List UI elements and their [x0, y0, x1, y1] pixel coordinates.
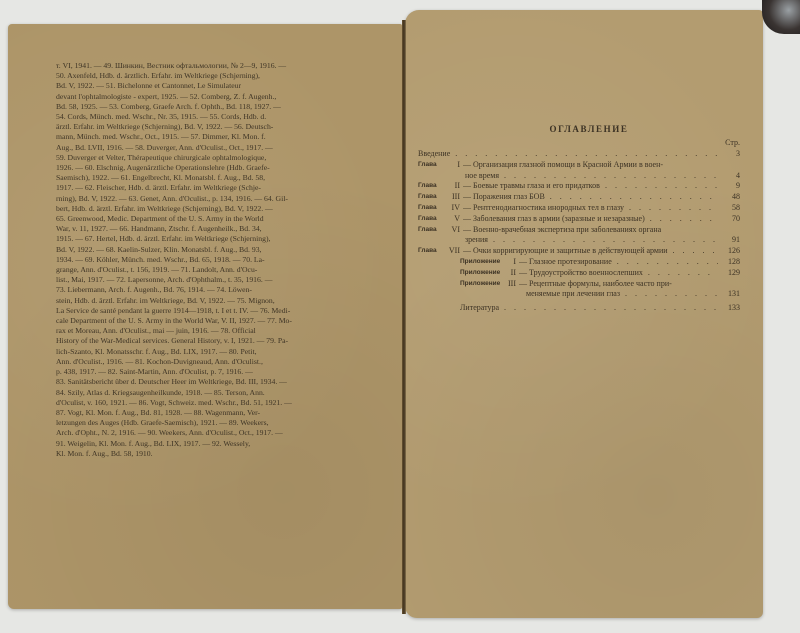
toc-entry-text: ное время . . . . . . . . . . . . . . . … — [465, 171, 718, 181]
toc-entry-number: V — [446, 214, 460, 224]
leader-dots: . . . . . . . . . . . . . . . . . . . . … — [645, 214, 718, 223]
toc-entry-label: Глава — [418, 214, 446, 224]
toc-entry-title: — Заболевания глаз в армии (заразные и н… — [463, 214, 645, 223]
toc-entry-text: — Военно-врачебная экспертиза при заболе… — [463, 225, 718, 235]
toc-entry: меняемые при лечении глаз . . . . . . . … — [418, 289, 740, 299]
bibliography-line: 65. Greenwood, Medic. Department of the … — [56, 214, 340, 224]
leader-dots: . . . . . . . . . . . . . . . . . . . . … — [499, 303, 718, 312]
toc-entry-text: — Глазное протезирование . . . . . . . .… — [519, 257, 718, 267]
toc-entry-label: Приложение — [460, 279, 506, 289]
bibliography-line: 50. Axenfeld, Hdb. d. ärztlich. Erfahr. … — [56, 71, 340, 81]
bibliography-line: rning), Bd. V, 1922. — 63. Genet, Ann. d… — [56, 194, 340, 204]
toc-entry-text: — Трудоустройство военнослепших . . . . … — [519, 268, 718, 278]
toc-entry-page: 126 — [718, 246, 740, 256]
bibliography-line: Ann. d'Oculist., 1916. — 81. Kochon-Duvi… — [56, 357, 340, 367]
toc-entry-page: 133 — [718, 303, 740, 313]
toc-entry-text: — Боевые травмы глаза и его придатков . … — [463, 181, 718, 191]
toc-entry-text: — Рентгенодиагностика инородных тел в гл… — [463, 203, 718, 213]
bibliography-line: 87. Vogt, Kl. Mon. f. Aug., Bd. 81, 1928… — [56, 408, 340, 418]
bibliography-line: 83. Sanitätsbericht über d. Deutscher He… — [56, 377, 340, 387]
toc-entry: ГлаваII— Боевые травмы глаза и его прида… — [418, 181, 740, 191]
toc-entry-number: II — [506, 268, 516, 278]
toc-entry-title: — Военно-врачебная экспертиза при заболе… — [463, 225, 661, 234]
toc-entry: Литература . . . . . . . . . . . . . . .… — [418, 303, 740, 313]
toc-entry-title: зрения — [465, 235, 488, 244]
toc-entry-title: — Рецептные формулы, наиболее часто при- — [519, 279, 672, 288]
bibliography-line: La Service de santé pendant la guerre 19… — [56, 306, 340, 316]
leader-dots: . . . . . . . . . . . . . . . . . . . . … — [624, 203, 718, 212]
toc-entry-page: 58 — [718, 203, 740, 213]
leader-dots: . . . . . . . . . . . . . . . . . . . . … — [545, 192, 718, 201]
toc-entry: ГлаваI— Организация глазной помощи в Кра… — [418, 160, 740, 170]
toc-entry-page: 131 — [718, 289, 740, 299]
toc-entry: ПриложениеII— Трудоустройство военнослеп… — [418, 268, 740, 278]
bibliography-line: rax et Moreau, Ann. d'Oculist., mai — ju… — [56, 326, 340, 336]
toc-entry-page: 48 — [718, 192, 740, 202]
toc-entry-text: — Заболевания глаз в армии (заразные и н… — [463, 214, 718, 224]
bibliography-line: 1934. — 69. Köhler, Münch. med. Wschr., … — [56, 255, 340, 265]
bibliography-line: ärztl. Erfahr. im Weltkriege (Schjerning… — [56, 122, 340, 132]
toc-entry-page: 128 — [718, 257, 740, 267]
toc-entry-text: — Рецептные формулы, наиболее часто при- — [519, 279, 718, 289]
bibliography-line: Arch. d'Opht., N. 2, 1916. — 90. Weekers… — [56, 428, 340, 438]
bibliography-line: 54. Cords, Münch. med. Wschr., Nr. 35, 1… — [56, 112, 340, 122]
toc-entry: ПриложениеIII— Рецептные формулы, наибол… — [418, 279, 740, 289]
bibliography-line: Bd. 58, 1925. — 53. Comberg, Graefe Arch… — [56, 102, 340, 112]
toc-entry-title: — Боевые травмы глаза и его придатков — [463, 181, 600, 190]
toc-entry-title: ное время — [465, 171, 499, 180]
toc-entry-title: — Поражения глаз БОВ — [463, 192, 545, 201]
leader-dots: . . . . . . . . . . . . . . . . . . . . … — [620, 289, 718, 298]
toc-entry-page: 9 — [718, 181, 740, 191]
bibliography-line: list., Mai, 1917. — 72. Lapersonne, Arch… — [56, 275, 340, 285]
bibliography-line: d'Oculist, v. 160, 1921. — 86. Vogt, Sch… — [56, 398, 340, 408]
leader-dots: . . . . . . . . . . . . . . . . . . . . … — [600, 181, 718, 190]
toc-entry-number: III — [446, 192, 460, 202]
bibliography-line: Kl. Mon. f. Aug., Bd. 58, 1910. — [56, 449, 340, 459]
toc-entry-text: Литература . . . . . . . . . . . . . . .… — [460, 303, 718, 313]
toc-entry-number: II — [446, 181, 460, 191]
toc-entry-label: Глава — [418, 192, 446, 202]
toc-entry-number: VII — [446, 246, 460, 256]
bibliography-line: 59. Duverger et Velter, Thérapeutique ch… — [56, 153, 340, 163]
bibliography-line: 84. Szily, Atlas d. Kriegsaugenheilkunde… — [56, 388, 340, 398]
toc-entry-page: 91 — [718, 235, 740, 245]
toc-entry-page: 4 — [718, 171, 740, 181]
bibliography-line: 1917. — 62. Fleischer, Hdb. d. ärztl. Er… — [56, 183, 340, 193]
toc-title: ОГЛАВЛЕНИЕ — [438, 124, 740, 134]
leader-dots: . . . . . . . . . . . . . . . . . . . . … — [488, 235, 718, 244]
bibliography-line: p. 438, 1917. — 82. Saint-Martin, Ann. d… — [56, 367, 340, 377]
toc-entry-text: Введение . . . . . . . . . . . . . . . .… — [418, 149, 718, 159]
toc-entry: ГлаваVI— Военно-врачебная экспертиза при… — [418, 225, 740, 235]
book-spine — [402, 20, 406, 614]
toc-entry-title: — Глазное протезирование — [519, 257, 612, 266]
table-of-contents: ОГЛАВЛЕНИЕ Стр. Введение . . . . . . . .… — [418, 124, 740, 313]
toc-entry-number: VI — [446, 225, 460, 235]
toc-entry-page: 70 — [718, 214, 740, 224]
bibliography-line: 91. Weigelin, Kl. Mon. f. Aug., Bd. LIX,… — [56, 439, 340, 449]
toc-entry-title: — Рентгенодиагностика инородных тел в гл… — [463, 203, 624, 212]
bibliography-line: bert, Hdb. d. ärztl. Erfahr. im Weltkrie… — [56, 204, 340, 214]
toc-entry-number: I — [446, 160, 460, 170]
toc-entry-label: Глава — [418, 181, 446, 191]
bibliography-line: War, v. 11, 1927. — 66. Handmann, Ztschr… — [56, 224, 340, 234]
bibliography-line: cale Department of the U. S. Army in the… — [56, 316, 340, 326]
leader-dots: . . . . . . . . . . . . . . . . . . . . … — [668, 246, 718, 255]
toc-entry-label: Глава — [418, 246, 446, 256]
bibliography-line: stein, Hdb. d. ärztl. Erfahr. im Weltkri… — [56, 296, 340, 306]
bibliography-line: lich-Szanto, Kl. Monatsschr. f. Aug., Bd… — [56, 347, 340, 357]
background-object — [762, 0, 800, 34]
toc-entry: ГлаваIII— Поражения глаз БОВ . . . . . .… — [418, 192, 740, 202]
toc-entry-number: III — [506, 279, 516, 289]
toc-entry: ГлаваIV— Рентгенодиагностика инородных т… — [418, 203, 740, 213]
toc-entry-text: зрения . . . . . . . . . . . . . . . . .… — [465, 235, 718, 245]
bibliography-text: т. VI, 1941. — 49. Шинкин, Вестник офтал… — [56, 61, 340, 459]
bibliography-line: devant l'ophtalmologiste - expert, 1925.… — [56, 92, 340, 102]
bibliography-line: Aug., Bd. LVII, 1916. — 58. Duverger, An… — [56, 143, 340, 153]
toc-entry: ПриложениеI— Глазное протезирование . . … — [418, 257, 740, 267]
toc-entry-label: Приложение — [460, 257, 506, 267]
toc-entry-number: IV — [446, 203, 460, 213]
bibliography-line: mann, Münch. med. Wschr., Oct., 1915. — … — [56, 132, 340, 142]
toc-entries: Введение . . . . . . . . . . . . . . . .… — [418, 149, 740, 313]
bibliography-line: 73. Liebermann, Arch. f. Augenh., Bd. 76… — [56, 285, 340, 295]
toc-entry-text: — Очки корригирующие и защитные в действ… — [463, 246, 718, 256]
toc-entry-label: Глава — [418, 225, 446, 235]
toc-entry-number: I — [506, 257, 516, 267]
leader-dots: . . . . . . . . . . . . . . . . . . . . … — [499, 171, 718, 180]
toc-entry: Введение . . . . . . . . . . . . . . . .… — [418, 149, 740, 159]
leader-dots: . . . . . . . . . . . . . . . . . . . . … — [612, 257, 718, 266]
right-page — [405, 10, 763, 618]
bibliography-line: letzungen des Auges (Hdb. Graefe-Saemisc… — [56, 418, 340, 428]
bibliography-line: 1915. — 67. Hertel, Hdb. d. ärztl. Erfah… — [56, 234, 340, 244]
toc-entry-text: — Поражения глаз БОВ . . . . . . . . . .… — [463, 192, 718, 202]
toc-entry-title: — Организация глазной помощи в Красной А… — [463, 160, 663, 169]
bibliography-line: Bd. V, 1922. — 68. Kaelin-Sulzer, Klin. … — [56, 245, 340, 255]
bibliography-line: grange, Ann. d'Oculist., t. 156, 1919. —… — [56, 265, 340, 275]
toc-entry-label: Глава — [418, 203, 446, 213]
toc-entry: ГлаваV— Заболевания глаз в армии (заразн… — [418, 214, 740, 224]
bibliography-line: 1926. — 60. Elschnig, Augenärztliche Ope… — [56, 163, 340, 173]
bibliography-line: Bd. V, 1922. — 51. Bichelonne et Cantonn… — [56, 81, 340, 91]
toc-entry: ГлаваVII— Очки корригирующие и защитные … — [418, 246, 740, 256]
toc-entry-page: 129 — [718, 268, 740, 278]
toc-page-column-header: Стр. — [418, 138, 740, 147]
leader-dots: . . . . . . . . . . . . . . . . . . . . … — [643, 268, 718, 277]
toc-entry-label: Приложение — [460, 268, 506, 278]
toc-entry-title: — Очки корригирующие и защитные в действ… — [463, 246, 668, 255]
toc-entry-title: меняемые при лечении глаз — [526, 289, 620, 298]
toc-entry-label: Глава — [418, 160, 446, 170]
bibliography-line: History of the War-Medical services. Gen… — [56, 336, 340, 346]
toc-entry-title: — Трудоустройство военнослепших — [519, 268, 643, 277]
toc-entry-title: Введение — [418, 149, 450, 158]
toc-entry: ное время . . . . . . . . . . . . . . . … — [418, 171, 740, 181]
toc-entry-text: — Организация глазной помощи в Красной А… — [463, 160, 718, 170]
toc-entry-title: Литература — [460, 303, 499, 312]
toc-entry: зрения . . . . . . . . . . . . . . . . .… — [418, 235, 740, 245]
toc-entry-text: меняемые при лечении глаз . . . . . . . … — [526, 289, 718, 299]
toc-entry-page: 3 — [718, 149, 740, 159]
bibliography-line: т. VI, 1941. — 49. Шинкин, Вестник офтал… — [56, 61, 340, 71]
bibliography-line: Saemisch), 1922. — 61. Engelbrecht, Kl. … — [56, 173, 340, 183]
leader-dots: . . . . . . . . . . . . . . . . . . . . … — [450, 149, 718, 158]
